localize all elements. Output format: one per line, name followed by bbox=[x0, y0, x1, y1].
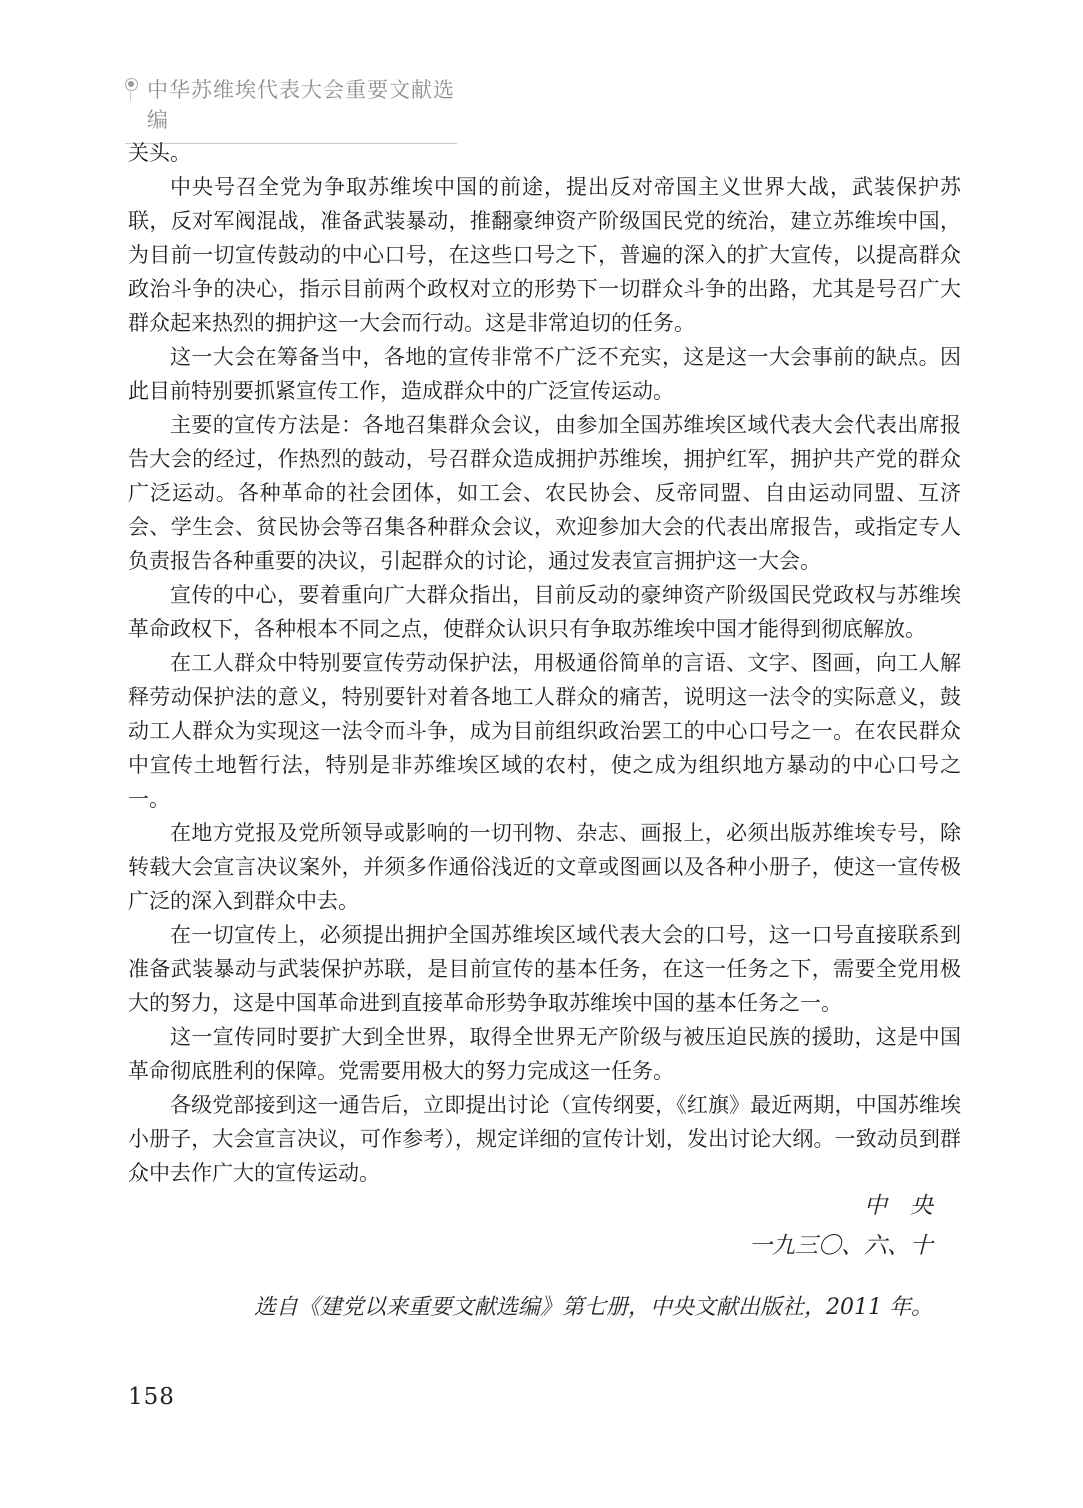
paragraph: 关头。 bbox=[128, 136, 961, 170]
signature-date: 一九三〇、六、十 bbox=[749, 1226, 933, 1266]
series-title: 中华苏维埃代表大会重要文献选编 bbox=[147, 74, 457, 134]
paragraph: 主要的宣传方法是：各地召集群众会议，由参加全国苏维埃区域代表大会代表出席报告大会… bbox=[128, 408, 961, 578]
signature-name: 中 央 bbox=[749, 1186, 933, 1226]
source-note: 选自《建党以来重要文献选编》第七册，中央文献出版社，2011 年。 bbox=[254, 1290, 933, 1321]
signature-block: 中 央 一九三〇、六、十 bbox=[749, 1186, 933, 1266]
document-body: 关头。中央号召全党为争取苏维埃中国的前途，提出反对帝国主义世界大战，武装保护苏联… bbox=[128, 136, 961, 1190]
paragraph: 中央号召全党为争取苏维埃中国的前途，提出反对帝国主义世界大战，武装保护苏联，反对… bbox=[128, 170, 961, 340]
running-header: 中华苏维埃代表大会重要文献选编 bbox=[125, 74, 457, 144]
paragraph: 在工人群众中特别要宣传劳动保护法，用极通俗简单的言语、文字、图画，向工人解释劳动… bbox=[128, 646, 961, 816]
paragraph: 在一切宣传上，必须提出拥护全国苏维埃区域代表大会的口号，这一口号直接联系到准备武… bbox=[128, 918, 961, 1020]
paragraph: 各级党部接到这一通告后，立即提出讨论（宣传纲要，《红旗》最近两期，中国苏维埃小册… bbox=[128, 1088, 961, 1190]
ring-dot-bullet-icon bbox=[125, 78, 138, 91]
book-page: 中华苏维埃代表大会重要文献选编 关头。中央号召全党为争取苏维埃中国的前途，提出反… bbox=[0, 0, 1083, 1508]
page-number: 158 bbox=[128, 1384, 175, 1410]
paragraph: 这一宣传同时要扩大到全世界，取得全世界无产阶级与被压迫民族的援助，这是中国革命彻… bbox=[128, 1020, 961, 1088]
paragraph: 这一大会在筹备当中，各地的宣传非常不广泛不充实，这是这一大会事前的缺点。因此目前… bbox=[128, 340, 961, 408]
paragraph: 在地方党报及党所领导或影响的一切刊物、杂志、画报上，必须出版苏维埃专号，除转载大… bbox=[128, 816, 961, 918]
paragraph: 宣传的中心，要着重向广大群众指出，目前反动的豪绅资产阶级国民党政权与苏维埃革命政… bbox=[128, 578, 961, 646]
